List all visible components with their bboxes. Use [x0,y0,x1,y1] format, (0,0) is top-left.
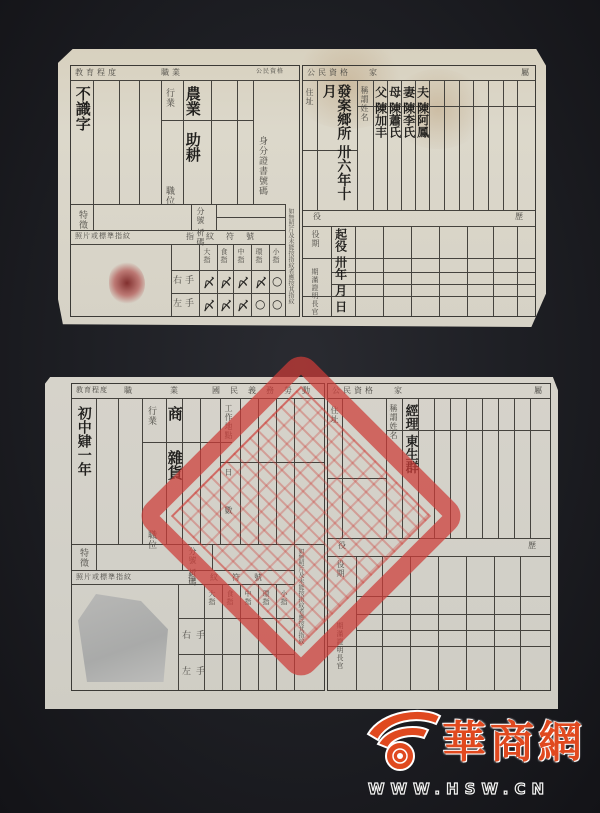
fingerprint-mark: ○ [272,297,282,311]
position-label: 職位 [164,186,173,206]
fingerprint-side-note: 如無照片及未能按指紋者應按其指紋 [287,208,293,304]
service-start-value: 起役 卅年 月 日 [334,228,347,313]
header-family-label: 家 [394,387,405,395]
brand-name: 華商網 [442,706,586,770]
industry-label: 行業 [164,88,173,108]
wifi-eye-logo-icon [362,704,442,776]
left-hand-label: 左手 [182,668,210,677]
header-occupation-label: 職業 [161,69,183,77]
brand-url: WWW.HSW.CN [368,780,550,798]
service-label: 役 [313,213,324,221]
service-period-label: 役期 [311,230,319,248]
family-title-name-label: 稱謂姓名 [360,86,368,122]
header-citizenship-label: 公民資格 [256,69,284,75]
education-value: 初中肄一年 [76,406,91,476]
record-label: 歷 [515,213,526,221]
corner-label: 屬 [521,69,532,77]
finger-col-ring: 環指 [255,248,262,264]
industry-value: 農業 [184,86,200,116]
fingerprint-mark: 〆 [220,274,232,291]
photo-or-fingerprint-label: 照片或標準指紋 [75,233,131,240]
special-features-label: 特徵 [77,210,86,230]
id-number-label: 身分證書號碼 [257,136,266,196]
fingerprint-mark: 〆 [203,274,215,291]
family-member: 妻 陳李氏 [402,86,415,138]
position-value: 助耕 [184,132,200,162]
right-hand-label: 右手 [182,632,210,641]
header-education-label: 教育程度 [75,69,119,77]
industry-value: 商 [166,406,182,421]
fingerprint-mark: 〆 [237,297,249,314]
top-id-card: 教育程度 職業 公民資格 不識字 行業 農業 助耕 職位 身分證書號碼 特徵 分… [58,49,546,327]
faded-photo-area [78,594,168,682]
finger-col-middle: 中指 [237,248,244,264]
finger-col-index: 食指 [220,248,227,264]
fingerprint-mark: 〆 [220,297,232,314]
fingerprint-symbol-header: 指紋符號 [186,233,266,241]
family-member: 父 陳加丰 [374,86,387,138]
family-title-name-label: 稱謂姓名 [389,404,397,440]
top-left-form: 教育程度 職業 公民資格 不識字 行業 農業 助耕 職位 身分證書號碼 特徵 分… [70,65,300,317]
family-member: 夫 陳阿鳳 [416,86,429,138]
corner-label: 屬 [534,387,545,395]
residence-label: 住址 [305,88,313,106]
fingerprint-mark: ○ [255,297,265,311]
right-hand-label: 右手 [173,277,197,286]
header-citizenship-label: 公民資格 [307,69,351,77]
certifying-officer-label: 期滿證明長官 [311,268,318,316]
left-hand-label: 左手 [173,300,197,309]
industry-label: 行業 [146,406,155,426]
fingerprint-mark: ○ [272,274,282,288]
fingerprint-mark: 〆 [203,297,215,314]
header-occupation-label: 職業 [124,387,216,395]
education-value: 不識字 [74,86,90,131]
special-features-label: 特徵 [78,548,87,568]
fingerprint-mark: 〆 [237,274,249,291]
finger-col-thumb: 大指 [203,248,210,264]
red-thumbprint [109,262,145,304]
header-education-label: 教育程度 [76,387,108,394]
hsw-watermark-logo: 華商網 WWW.HSW.CN [362,704,592,804]
family-member: 母 陳蕭氏 [388,86,401,138]
residence-value: 發案鄉所 卅六年十月 [321,84,350,204]
photo-or-fingerprint-label: 照片或標準指紋 [76,574,132,581]
header-family-label: 家 [369,69,380,77]
finger-col-little: 小指 [272,248,279,264]
top-right-form: 公民資格 家 屬 住址 發案鄉所 卅六年十月 稱謂姓名 夫 陳阿鳳 妻 陳李氏 … [302,65,536,317]
fingerprint-mark: 〆 [255,274,267,291]
record-label: 歷 [528,542,539,550]
